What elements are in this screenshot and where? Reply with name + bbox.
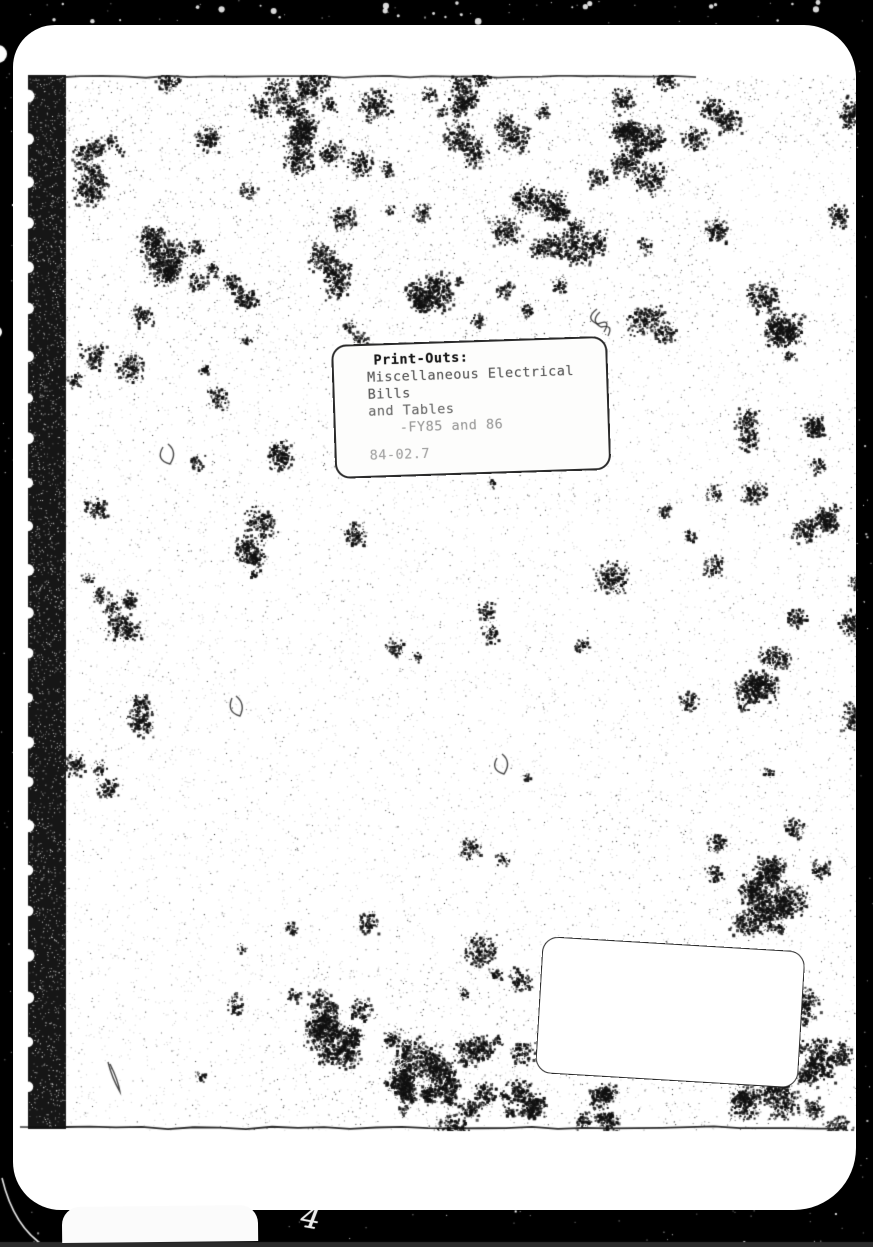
blank-sticker [535, 936, 806, 1088]
underlying-page-tab [62, 1205, 258, 1243]
cover-label-box: Print-Outs: Miscellaneous Electrical Bil… [331, 336, 611, 479]
cover-label-number: 84-02.7 [369, 440, 600, 465]
